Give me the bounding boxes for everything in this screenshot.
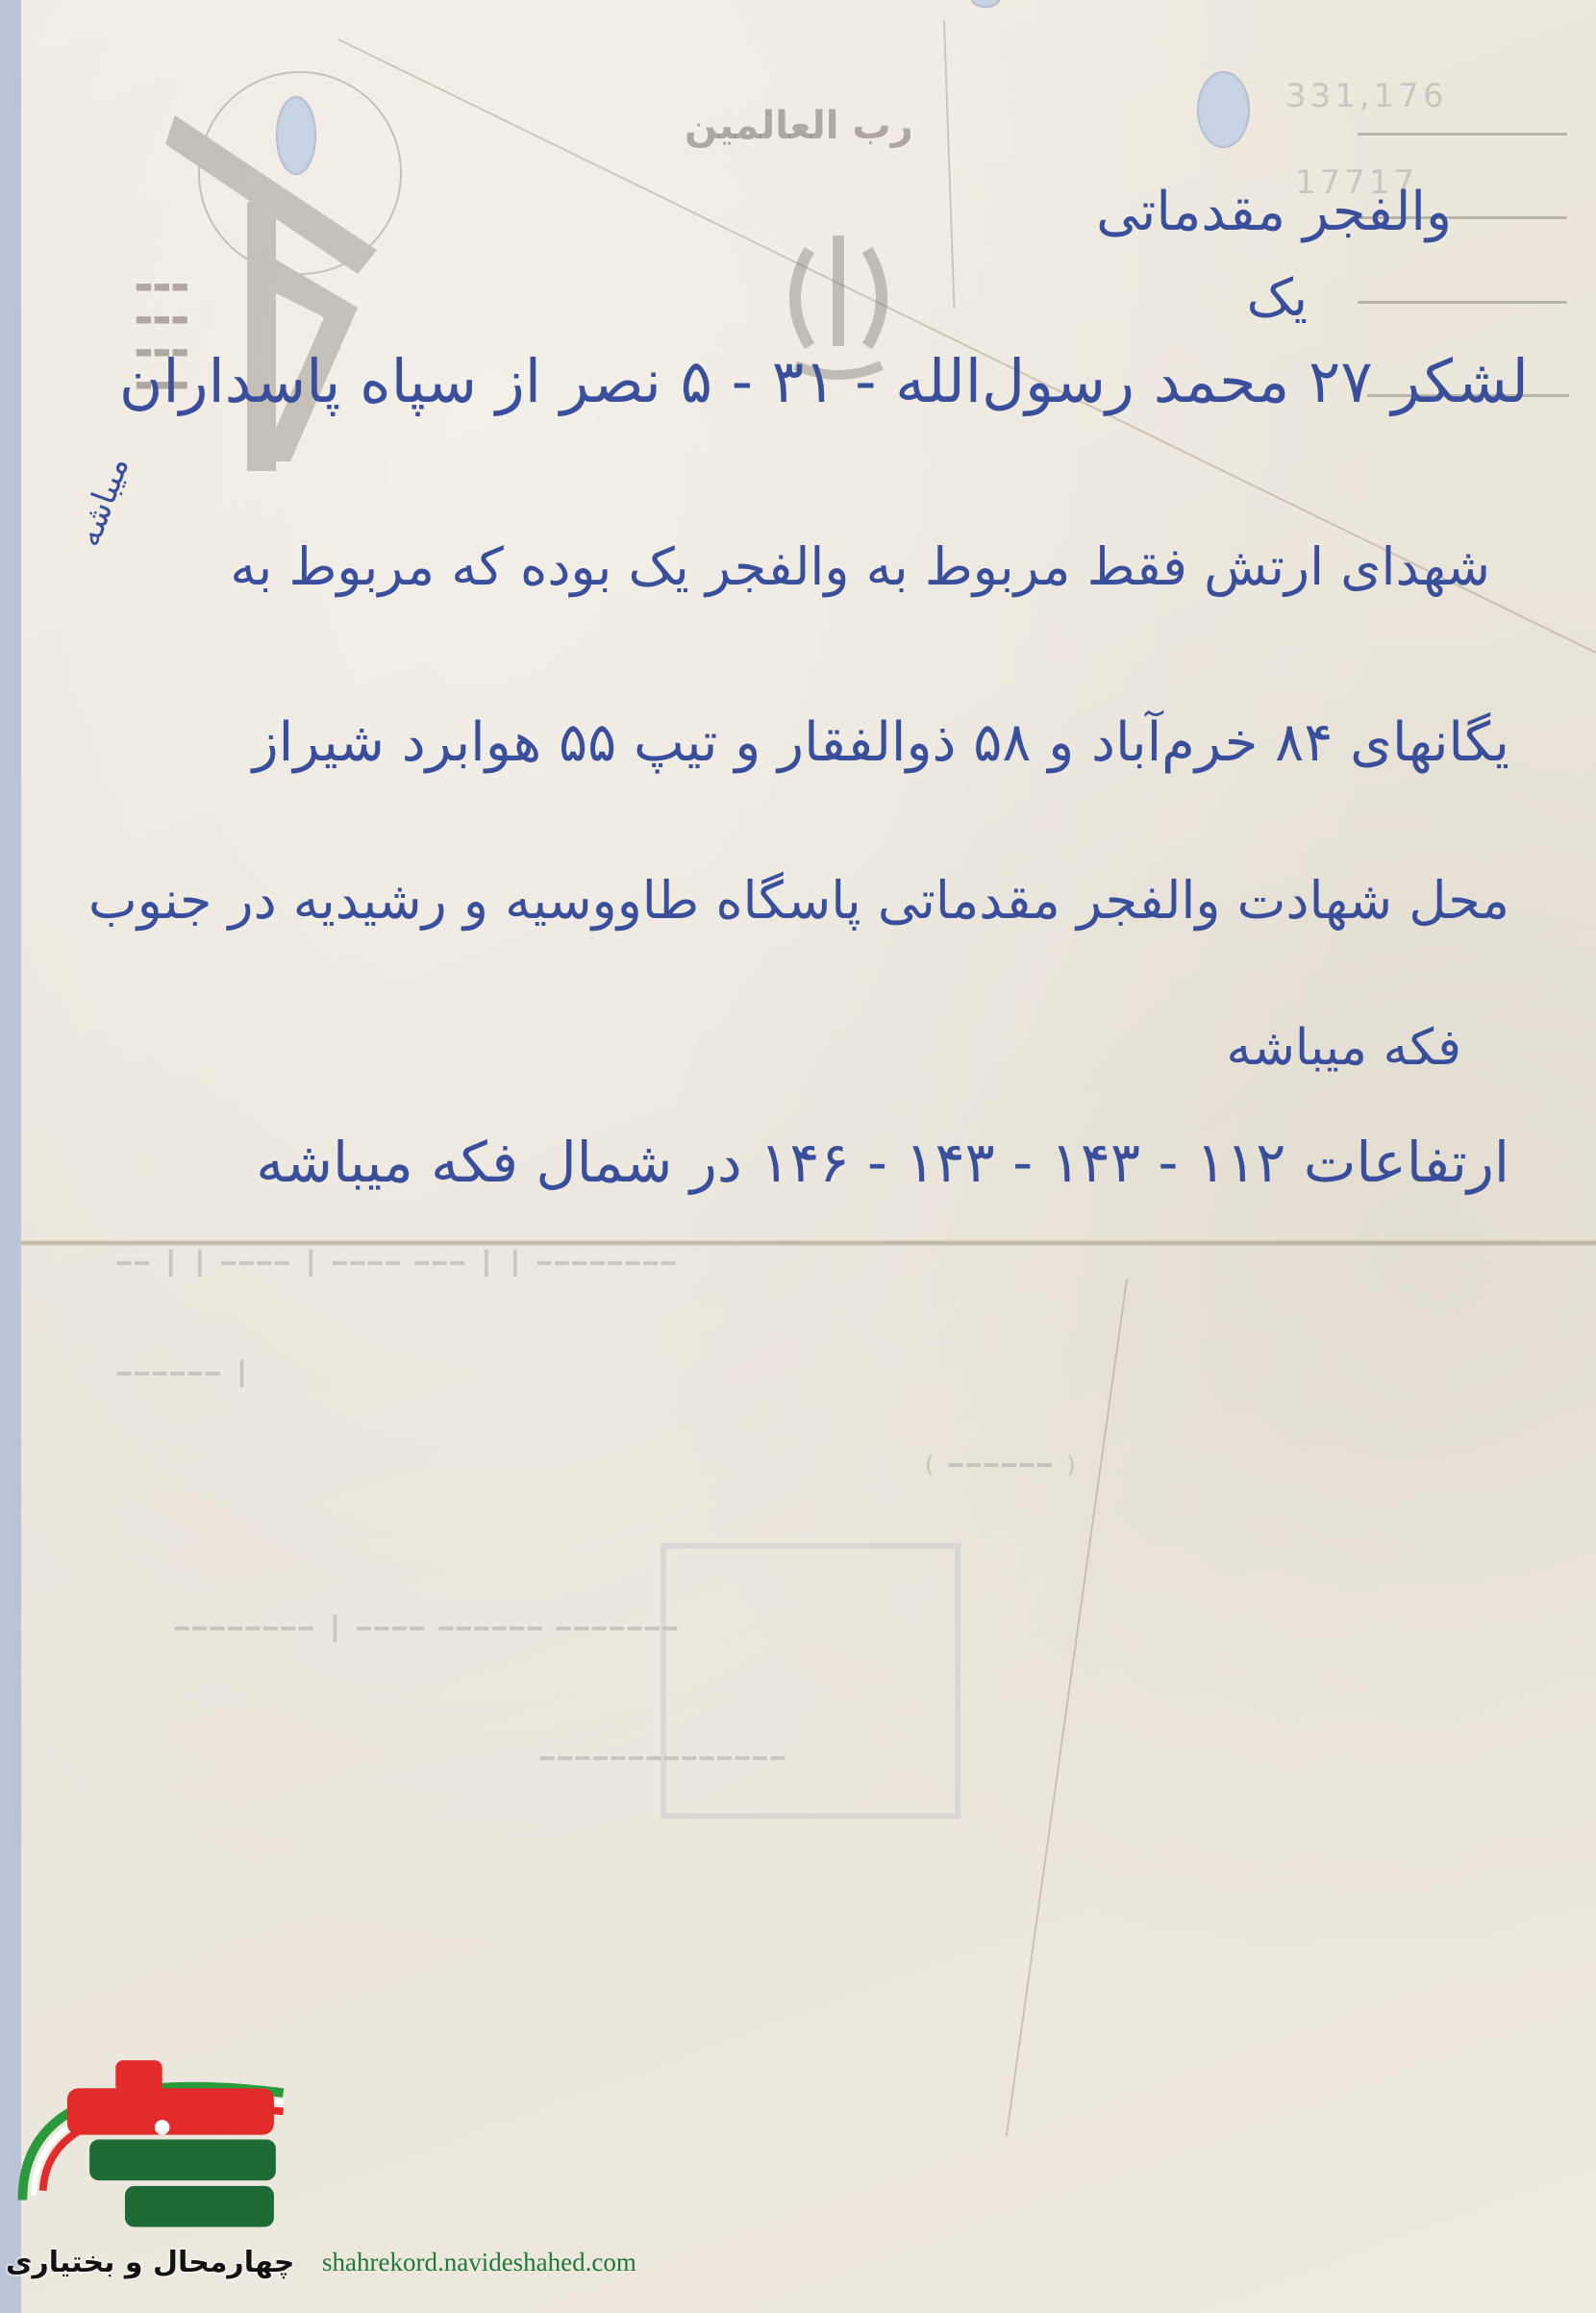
margin-note: میباشه — [69, 452, 137, 552]
paper-fold — [21, 1240, 1596, 1246]
body-line-3: یگانهای ۸۴ خرم‌آباد و ۵۸ ذوالفقار و تیپ … — [253, 711, 1509, 774]
bleed-through-text: ━━━━━━ ┃ — [117, 1360, 253, 1387]
bleed-through-text: ━━━━━━━━ ┃ ━━━━ ━━━━━━ ━━━━━━━ — [175, 1615, 681, 1642]
body-line-1: لشکر ۲۷ محمد رسول‌الله - ۳۱ - ۵ نصر از س… — [119, 346, 1529, 416]
body-line-5: فکه میباشه — [1226, 1019, 1461, 1077]
paper-crease — [943, 20, 955, 309]
bleed-through-number: 331,176 — [1285, 77, 1448, 115]
header-operation-number: یک — [1247, 267, 1308, 328]
form-line — [1358, 301, 1567, 304]
body-line-6: ارتفاعات ۱۱۲ - ۱۴۳ - ۱۴۳ - ۱۴۶ در شمال ف… — [256, 1130, 1509, 1195]
bleed-through-text: ( ━━━━━━ ) — [925, 1452, 1080, 1479]
logo-region-label: چهارمحال و بختیاری — [6, 2246, 294, 2279]
punch-hole — [1197, 71, 1250, 148]
letterhead-title: رب العالمین — [685, 104, 913, 148]
header-operation-name: والفجر مقدماتی — [1096, 181, 1452, 243]
scanned-document-page: ▬▬▬▬▬▬▬▬▬▬▬▬ رب العالمین 331,176 17717 و… — [21, 0, 1596, 2313]
form-line — [1358, 133, 1567, 136]
website-url[interactable]: shahrekord.navideshahed.com — [322, 2248, 636, 2277]
body-line-4: محل شهادت والفجر مقدماتی پاسگاه طاووسیه … — [88, 870, 1509, 931]
faint-stamp — [661, 1543, 960, 1819]
body-line-2: شهدای ارتش فقط مربوط به والفجر یک بوده ک… — [230, 536, 1490, 597]
punch-hole — [971, 0, 1000, 8]
paper-crease — [1006, 1280, 1128, 2137]
bleed-through-text: ━━ ┃ ┃ ━━━━ ┃ ━━━━ ━━━ ┃ ┃ ━━━━━━━━ — [117, 1250, 679, 1277]
